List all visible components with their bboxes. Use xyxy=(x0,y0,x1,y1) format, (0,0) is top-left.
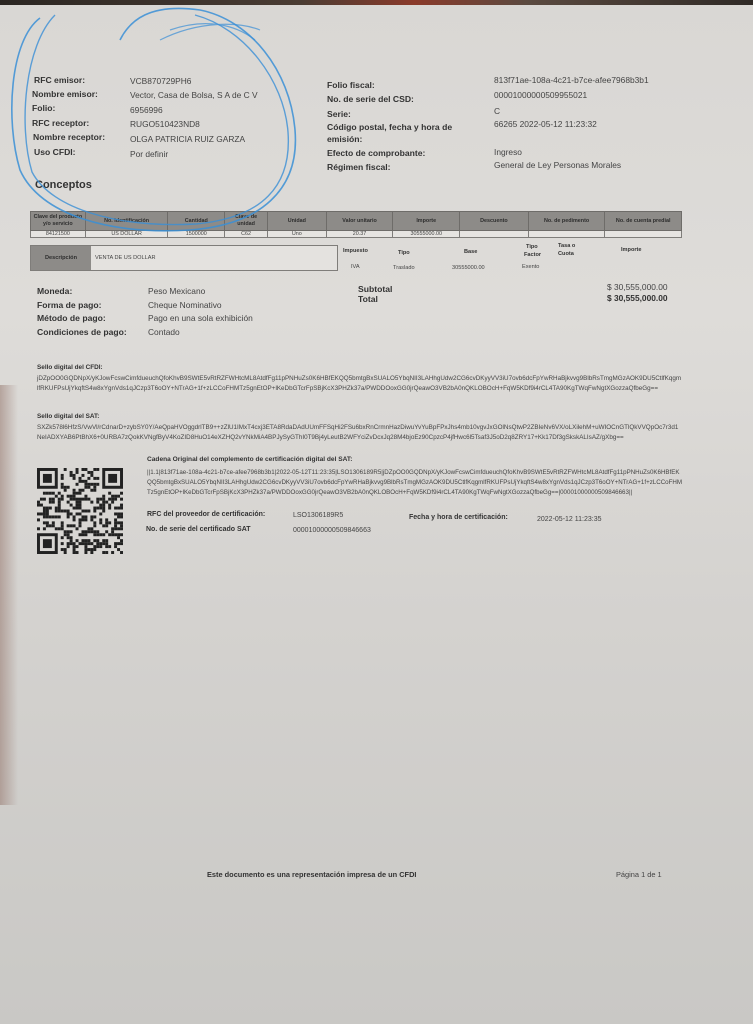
cell-descuento xyxy=(460,231,529,238)
cp-fecha-value: 66265 2022-05-12 11:23:32 xyxy=(494,119,597,129)
nombre-emisor-value: Vector, Casa de Bolsa, S A de C V xyxy=(130,90,258,100)
page-shadow xyxy=(0,385,18,805)
rfc-receptor-value: RUGO510423ND8 xyxy=(130,119,200,129)
efecto-value: Ingreso xyxy=(494,147,522,157)
cell-importe: 30555000.00 xyxy=(393,231,460,238)
footer-note: Este documento es una representación imp… xyxy=(207,870,416,879)
metodo-pago-label: Método de pago: xyxy=(37,313,106,323)
serie-csd-value: 00001000000509955021 xyxy=(494,90,587,100)
imp-header-tipo-factor-1: Tipo xyxy=(526,244,538,251)
efecto-label: Efecto de comprobante: xyxy=(327,148,425,158)
imp-value-impuesto: IVA xyxy=(351,264,360,270)
sello-cfdi-title: Sello digital del CFDI: xyxy=(37,364,103,371)
col-no-pedimento: No. de pedimento xyxy=(528,212,605,231)
descripcion-value: VENTA DE US DOLLAR xyxy=(95,255,156,261)
cfdi-invoice-page: RFC emisor: VCB870729PH6 Nombre emisor: … xyxy=(0,5,753,1024)
cell-unidad: Uno xyxy=(268,231,327,238)
cadena-original-text: ||1.1|813f71ae-108a-4c21-b7ce-afee7968b3… xyxy=(147,468,682,498)
cp-fecha-label-2: emisión: xyxy=(327,134,362,144)
imp-header-tipo: Tipo xyxy=(398,250,410,257)
forma-pago-label: Forma de pago: xyxy=(37,300,101,310)
condiciones-pago-value: Contado xyxy=(148,327,180,337)
imp-header-tipo-factor-2: Factor xyxy=(524,252,541,259)
subtotal-value: $ 30,555,000.00 xyxy=(607,282,668,292)
conceptos-table: Clave del producto y/o servicio No. iden… xyxy=(30,211,682,238)
col-valor-unitario: Valor unitario xyxy=(326,212,393,231)
rfc-receptor-label: RFC receptor: xyxy=(32,118,89,128)
cell-clave-producto: 84121500 xyxy=(31,231,86,238)
cell-cuenta-predial xyxy=(605,231,682,238)
serie-label: Serie: xyxy=(327,109,351,119)
rfc-emisor-value: VCB870729PH6 xyxy=(130,76,191,86)
imp-header-base: Base xyxy=(464,249,477,256)
folio-fiscal-value: 813f71ae-108a-4c21-b7ce-afee7968b3b1 xyxy=(494,75,649,85)
imp-value-tipo: Traslado xyxy=(393,265,415,271)
rfc-proveedor-value: LSO1306189R5 xyxy=(293,512,343,519)
qr-code xyxy=(37,467,123,555)
condiciones-pago-label: Condiciones de pago: xyxy=(37,327,127,337)
col-clave-unidad: Clave de unidad xyxy=(225,212,268,231)
col-cuenta-predial: No. de cuenta predial xyxy=(605,212,682,231)
imp-header-tasa-2: Cuota xyxy=(558,251,574,258)
metodo-pago-value: Pago en una sola exhibición xyxy=(148,313,253,323)
descripcion-label: Descripción xyxy=(31,246,91,270)
sello-sat-text: SXZk578l6HfzS/VwVl/rCdnarD+zybSY0Y/AeQpa… xyxy=(37,423,682,443)
cell-valor-unitario: 20.37 xyxy=(326,231,393,238)
conceptos-header-row: Clave del producto y/o servicio No. iden… xyxy=(31,212,682,231)
regimen-value: General de Ley Personas Morales xyxy=(494,160,621,170)
cadena-original-title: Cadena Original del complemento de certi… xyxy=(147,456,352,463)
imp-value-tipo-factor: Exento xyxy=(522,264,539,270)
rfc-emisor-label: RFC emisor: xyxy=(34,75,85,85)
cell-clave-unidad: C62 xyxy=(225,231,268,238)
col-descuento: Descuento xyxy=(460,212,529,231)
fecha-certificacion-label: Fecha y hora de certificación: xyxy=(409,514,508,521)
uso-cfdi-label: Uso CFDI: xyxy=(34,147,76,157)
sello-sat-title: Sello digital del SAT: xyxy=(37,413,99,420)
cell-no-identificacion: US DOLLAR xyxy=(85,231,168,238)
cp-fecha-label: Código postal, fecha y hora de xyxy=(327,122,452,132)
rfc-proveedor-label: RFC del proveedor de certificación: xyxy=(147,511,265,518)
serie-value: C xyxy=(494,106,500,116)
imp-value-base: 30555000.00 xyxy=(452,265,485,271)
regimen-label: Régimen fiscal: xyxy=(327,162,391,172)
moneda-label: Moneda: xyxy=(37,286,72,296)
subtotal-label: Subtotal xyxy=(358,284,392,294)
uso-cfdi-value: Por definir xyxy=(130,149,168,159)
nombre-emisor-label: Nombre emisor: xyxy=(32,89,98,99)
col-cantidad: Cantidad xyxy=(168,212,225,231)
moneda-value: Peso Mexicano xyxy=(148,286,205,296)
conceptos-title: Conceptos xyxy=(35,179,92,191)
cell-no-pedimento xyxy=(528,231,605,238)
folio-label: Folio: xyxy=(32,103,55,113)
fecha-certificacion-value: 2022-05-12 11:23:35 xyxy=(537,516,601,523)
page-number: Página 1 de 1 xyxy=(616,870,662,879)
folio-value: 6956996 xyxy=(130,105,163,115)
serie-csd-label: No. de serie del CSD: xyxy=(327,94,414,104)
col-no-identificacion: No. identificación xyxy=(85,212,168,231)
imp-header-tasa-1: Tasa o xyxy=(558,243,575,250)
total-value: $ 30,555,000.00 xyxy=(607,293,668,303)
imp-header-impuesto: Impuesto xyxy=(343,248,368,255)
forma-pago-value: Cheque Nominativo xyxy=(148,300,222,310)
descripcion-box: Descripción VENTA DE US DOLLAR xyxy=(30,245,338,271)
col-clave-producto: Clave del producto y/o servicio xyxy=(31,212,86,231)
imp-header-importe: Importe xyxy=(621,247,642,254)
folio-fiscal-label: Folio fiscal: xyxy=(327,80,375,90)
nombre-receptor-value: OLGA PATRICIA RUIZ GARZA xyxy=(130,134,245,144)
cell-cantidad: 1500000 xyxy=(168,231,225,238)
table-row: 84121500 US DOLLAR 1500000 C62 Uno 20.37… xyxy=(31,231,682,238)
col-importe: Importe xyxy=(393,212,460,231)
no-serie-sat-label: No. de serie del certificado SAT xyxy=(146,526,251,533)
nombre-receptor-label: Nombre receptor: xyxy=(33,132,105,142)
sello-cfdi-text: jDZpOO0GQDNpX/yKJowFcswCimfdueuchQfoKhvB… xyxy=(37,374,682,394)
no-serie-sat-value: 00001000000509846663 xyxy=(293,527,371,534)
total-label: Total xyxy=(358,294,378,304)
col-unidad: Unidad xyxy=(268,212,327,231)
